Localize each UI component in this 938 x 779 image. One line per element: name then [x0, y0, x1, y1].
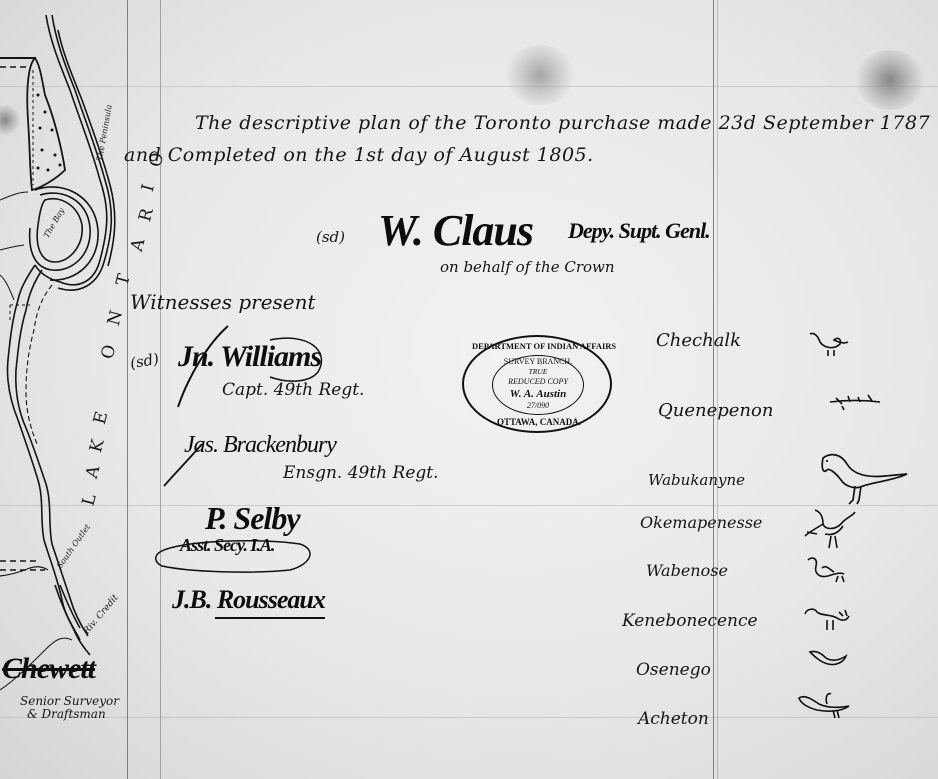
crown-signature-title: Depy. Supt. Genl.	[568, 218, 710, 244]
duck-totem-icon	[795, 690, 855, 720]
witness-title: Ensgn. 49th Regt.	[283, 463, 439, 483]
signature-flourish	[150, 530, 320, 580]
stamp-line-2: TRUE	[494, 367, 582, 376]
ink-blot	[855, 50, 925, 110]
fish-totem-icon	[808, 648, 848, 670]
signature-flourish	[160, 440, 220, 490]
goose-totem-icon	[803, 508, 857, 550]
document-page: The Peninsula The Bay South Outlet Riv. …	[0, 0, 938, 779]
signature-underline	[215, 617, 325, 619]
bird-totem-icon	[808, 330, 854, 358]
crane-totem-icon	[803, 604, 851, 634]
crown-signature-name: W. Claus	[378, 205, 533, 256]
witness-title: Capt. 49th Regt.	[222, 380, 364, 400]
surveyor-title-1: Senior Surveyor	[20, 694, 119, 708]
document-title-line-1: The descriptive plan of the Toronto purc…	[195, 112, 930, 134]
chief-name: Osenego	[636, 660, 711, 680]
chief-name: Acheton	[638, 709, 709, 729]
ink-blot	[505, 45, 575, 105]
chief-name: Okemapenesse	[640, 513, 762, 532]
crown-sd-prefix: (sd)	[316, 228, 345, 246]
surveyor-signature: Chewett	[2, 652, 95, 686]
stamp-outer-bottom: OTTAWA, CANADA.	[472, 417, 606, 427]
parrot-totem-icon	[815, 452, 911, 510]
witnesses-heading: Witnesses present	[130, 290, 316, 314]
department-stamp: DEPARTMENT OF INDIAN AFFAIRS SURVEY BRAN…	[462, 335, 612, 433]
crown-on-behalf: on behalf of the Crown	[440, 258, 615, 276]
chief-name: Quenepenon	[658, 400, 773, 421]
stamp-line-3: REDUCED COPY	[494, 377, 582, 386]
chief-name: Chechalk	[656, 330, 741, 351]
chief-name: Wabenose	[646, 561, 728, 580]
stamp-signature: W. A. Austin	[494, 388, 582, 400]
chief-name: Kenebonecence	[622, 611, 758, 631]
surveyor-title-2: & Draftsman	[27, 707, 106, 721]
stamp-outer-top: DEPARTMENT OF INDIAN AFFAIRS	[472, 341, 606, 351]
stamp-line-1: SURVEY BRANCH.	[494, 357, 582, 366]
document-title-line-2: and Completed on the 1st day of August 1…	[124, 144, 594, 166]
chief-name: Wabukanyne	[648, 471, 745, 489]
branch-totem-icon	[828, 392, 884, 412]
stamp-number: 27/090	[494, 401, 582, 410]
swan-totem-icon	[804, 556, 848, 586]
witness-signature: J.B. Rousseaux	[172, 585, 325, 615]
